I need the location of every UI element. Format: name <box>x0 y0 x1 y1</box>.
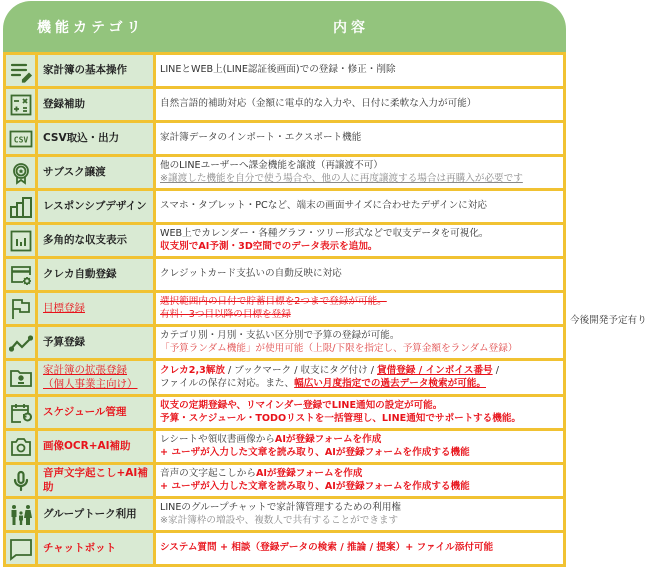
content-cell: クレジットカード支払いの自動反映に対応 <box>156 259 566 290</box>
table-row: チャットボット システム質問 + 相談（登録データの検索 / 推論 / 提案）+… <box>3 533 566 567</box>
folder-user-icon <box>3 361 38 394</box>
table-row: 画像OCR+AI補助 レシートや領収書画像からAIが登録フォームを作成 + ユー… <box>3 431 566 465</box>
table-row: 多角的な収支表示 WEB上でカレンダー・各種グラフ・ツリー形式などで収支データを… <box>3 225 566 259</box>
content-cell: レシートや領収書画像からAIが登録フォームを作成 + ユーザが入力した文章を読み… <box>156 431 566 462</box>
content-cell: 家計簿データのインポート・エクスポート機能 <box>156 123 566 154</box>
table-row: CSV CSV取込・出力 家計簿データのインポート・エクスポート機能 <box>3 123 566 157</box>
category-label: 多角的な収支表示 <box>38 225 156 256</box>
category-label: チャットボット <box>38 533 156 564</box>
category-label: クレカ自動登録 <box>38 259 156 290</box>
content-cell: 他のLINEユーザーへ課金機能を譲渡（再譲渡不可） ※譲渡した機能を自分で使う場… <box>156 157 566 188</box>
table-row: 家計簿の基本操作 LINEとWEB上(LINE認証後画面)での登録・修正・削除 <box>3 55 566 89</box>
note-edit-icon <box>3 55 38 86</box>
microphone-icon <box>3 465 38 496</box>
bar-chart-icon <box>3 225 38 256</box>
table-row: 家計簿の拡張登録 （個人事業主向け） クレカ2,3解放 / ブックマーク / 収… <box>3 361 566 397</box>
category-label: 予算登録 <box>38 327 156 358</box>
content-cell: 収支の定期登録や、リマインダー登録でLINE通知の設定が可能。 予算・スケジュー… <box>156 397 566 428</box>
responsive-bars-icon <box>3 191 38 222</box>
table-row: サブスク譲渡 他のLINEユーザーへ課金機能を譲渡（再譲渡不可） ※譲渡した機能… <box>3 157 566 191</box>
content-cell: LINEのグループチャットで家計簿管理するための利用権 ※家計簿枠の増設や、複数… <box>156 499 566 530</box>
category-label: 音声文字起こし+AI補助 <box>38 465 156 496</box>
content-cell: 自然言語的補助対応（金額に電卓的な入力や、日付に柔軟な入力が可能） <box>156 89 566 120</box>
feature-table: 機能カテゴリ 内容 家計簿の基本操作 LINEとWEB上(LINE認証後画面)で… <box>3 1 566 567</box>
category-label: レスポンシブデザイン <box>38 191 156 222</box>
header-content: 内容 <box>156 17 566 37</box>
header-category: 機能カテゴリ <box>3 17 156 37</box>
table-row: 音声文字起こし+AI補助 音声の文字起こしからAIが登録フォームを作成 + ユー… <box>3 465 566 499</box>
side-note: 今後開発予定有り <box>570 312 647 326</box>
camera-icon <box>3 431 38 462</box>
credit-card-gear-icon <box>3 259 38 290</box>
award-icon <box>3 157 38 188</box>
table-row: クレカ自動登録 クレジットカード支払いの自動反映に対応 <box>3 259 566 293</box>
chat-bubble-icon <box>3 533 38 564</box>
table-row: スケジュール管理 収支の定期登録や、リマインダー登録でLINE通知の設定が可能。… <box>3 397 566 431</box>
trend-line-icon <box>3 327 38 358</box>
content-cell: スマホ・タブレット・PCなど、端末の画面サイズに合わせたデザインに対応 <box>156 191 566 222</box>
content-cell: カテゴリ別・月別・支払い区分別で予算の登録が可能。 「予算ランダム機能」が使用可… <box>156 327 566 358</box>
category-label: 家計簿の拡張登録 （個人事業主向け） <box>38 361 156 394</box>
content-cell: LINEとWEB上(LINE認証後画面)での登録・修正・削除 <box>156 55 566 86</box>
table-row: 予算登録 カテゴリ別・月別・支払い区分別で予算の登録が可能。 「予算ランダム機能… <box>3 327 566 361</box>
category-label: CSV取込・出力 <box>38 123 156 154</box>
category-label: スケジュール管理 <box>38 397 156 428</box>
content-cell: クレカ2,3解放 / ブックマーク / 収支にタグ付け / 貸借登録 / インボ… <box>156 361 566 394</box>
category-label: 家計簿の基本操作 <box>38 55 156 86</box>
category-label: 目標登録 <box>38 293 156 324</box>
table-header: 機能カテゴリ 内容 <box>3 1 566 55</box>
calendar-repeat-icon <box>3 397 38 428</box>
category-label: 登録補助 <box>38 89 156 120</box>
calculator-icon <box>3 89 38 120</box>
content-cell: システム質問 + 相談（登録データの検索 / 推論 / 提案）+ ファイル添付可… <box>156 533 566 564</box>
category-label: 画像OCR+AI補助 <box>38 431 156 462</box>
content-cell: WEB上でカレンダー・各種グラフ・ツリー形式などで収支データを可視化。 収支別で… <box>156 225 566 256</box>
content-cell: 選択範囲内の日付で貯蓄目標を2つまで登録が可能。 有料：3つ目以降の目標を登録 <box>156 293 566 324</box>
svg-text:CSV: CSV <box>13 135 28 144</box>
category-label: グループトーク利用 <box>38 499 156 530</box>
family-group-icon <box>3 499 38 530</box>
table-row: レスポンシブデザイン スマホ・タブレット・PCなど、端末の画面サイズに合わせたデ… <box>3 191 566 225</box>
flag-icon <box>3 293 38 324</box>
content-cell: 音声の文字起こしからAIが登録フォームを作成 + ユーザが入力した文章を読み取り… <box>156 465 566 496</box>
table-row: グループトーク利用 LINEのグループチャットで家計簿管理するための利用権 ※家… <box>3 499 566 533</box>
category-label: サブスク譲渡 <box>38 157 156 188</box>
table-row: 登録補助 自然言語的補助対応（金額に電卓的な入力や、日付に柔軟な入力が可能） <box>3 89 566 123</box>
table-row: 目標登録 選択範囲内の日付で貯蓄目標を2つまで登録が可能。 有料：3つ目以降の目… <box>3 293 566 327</box>
csv-icon: CSV <box>3 123 38 154</box>
